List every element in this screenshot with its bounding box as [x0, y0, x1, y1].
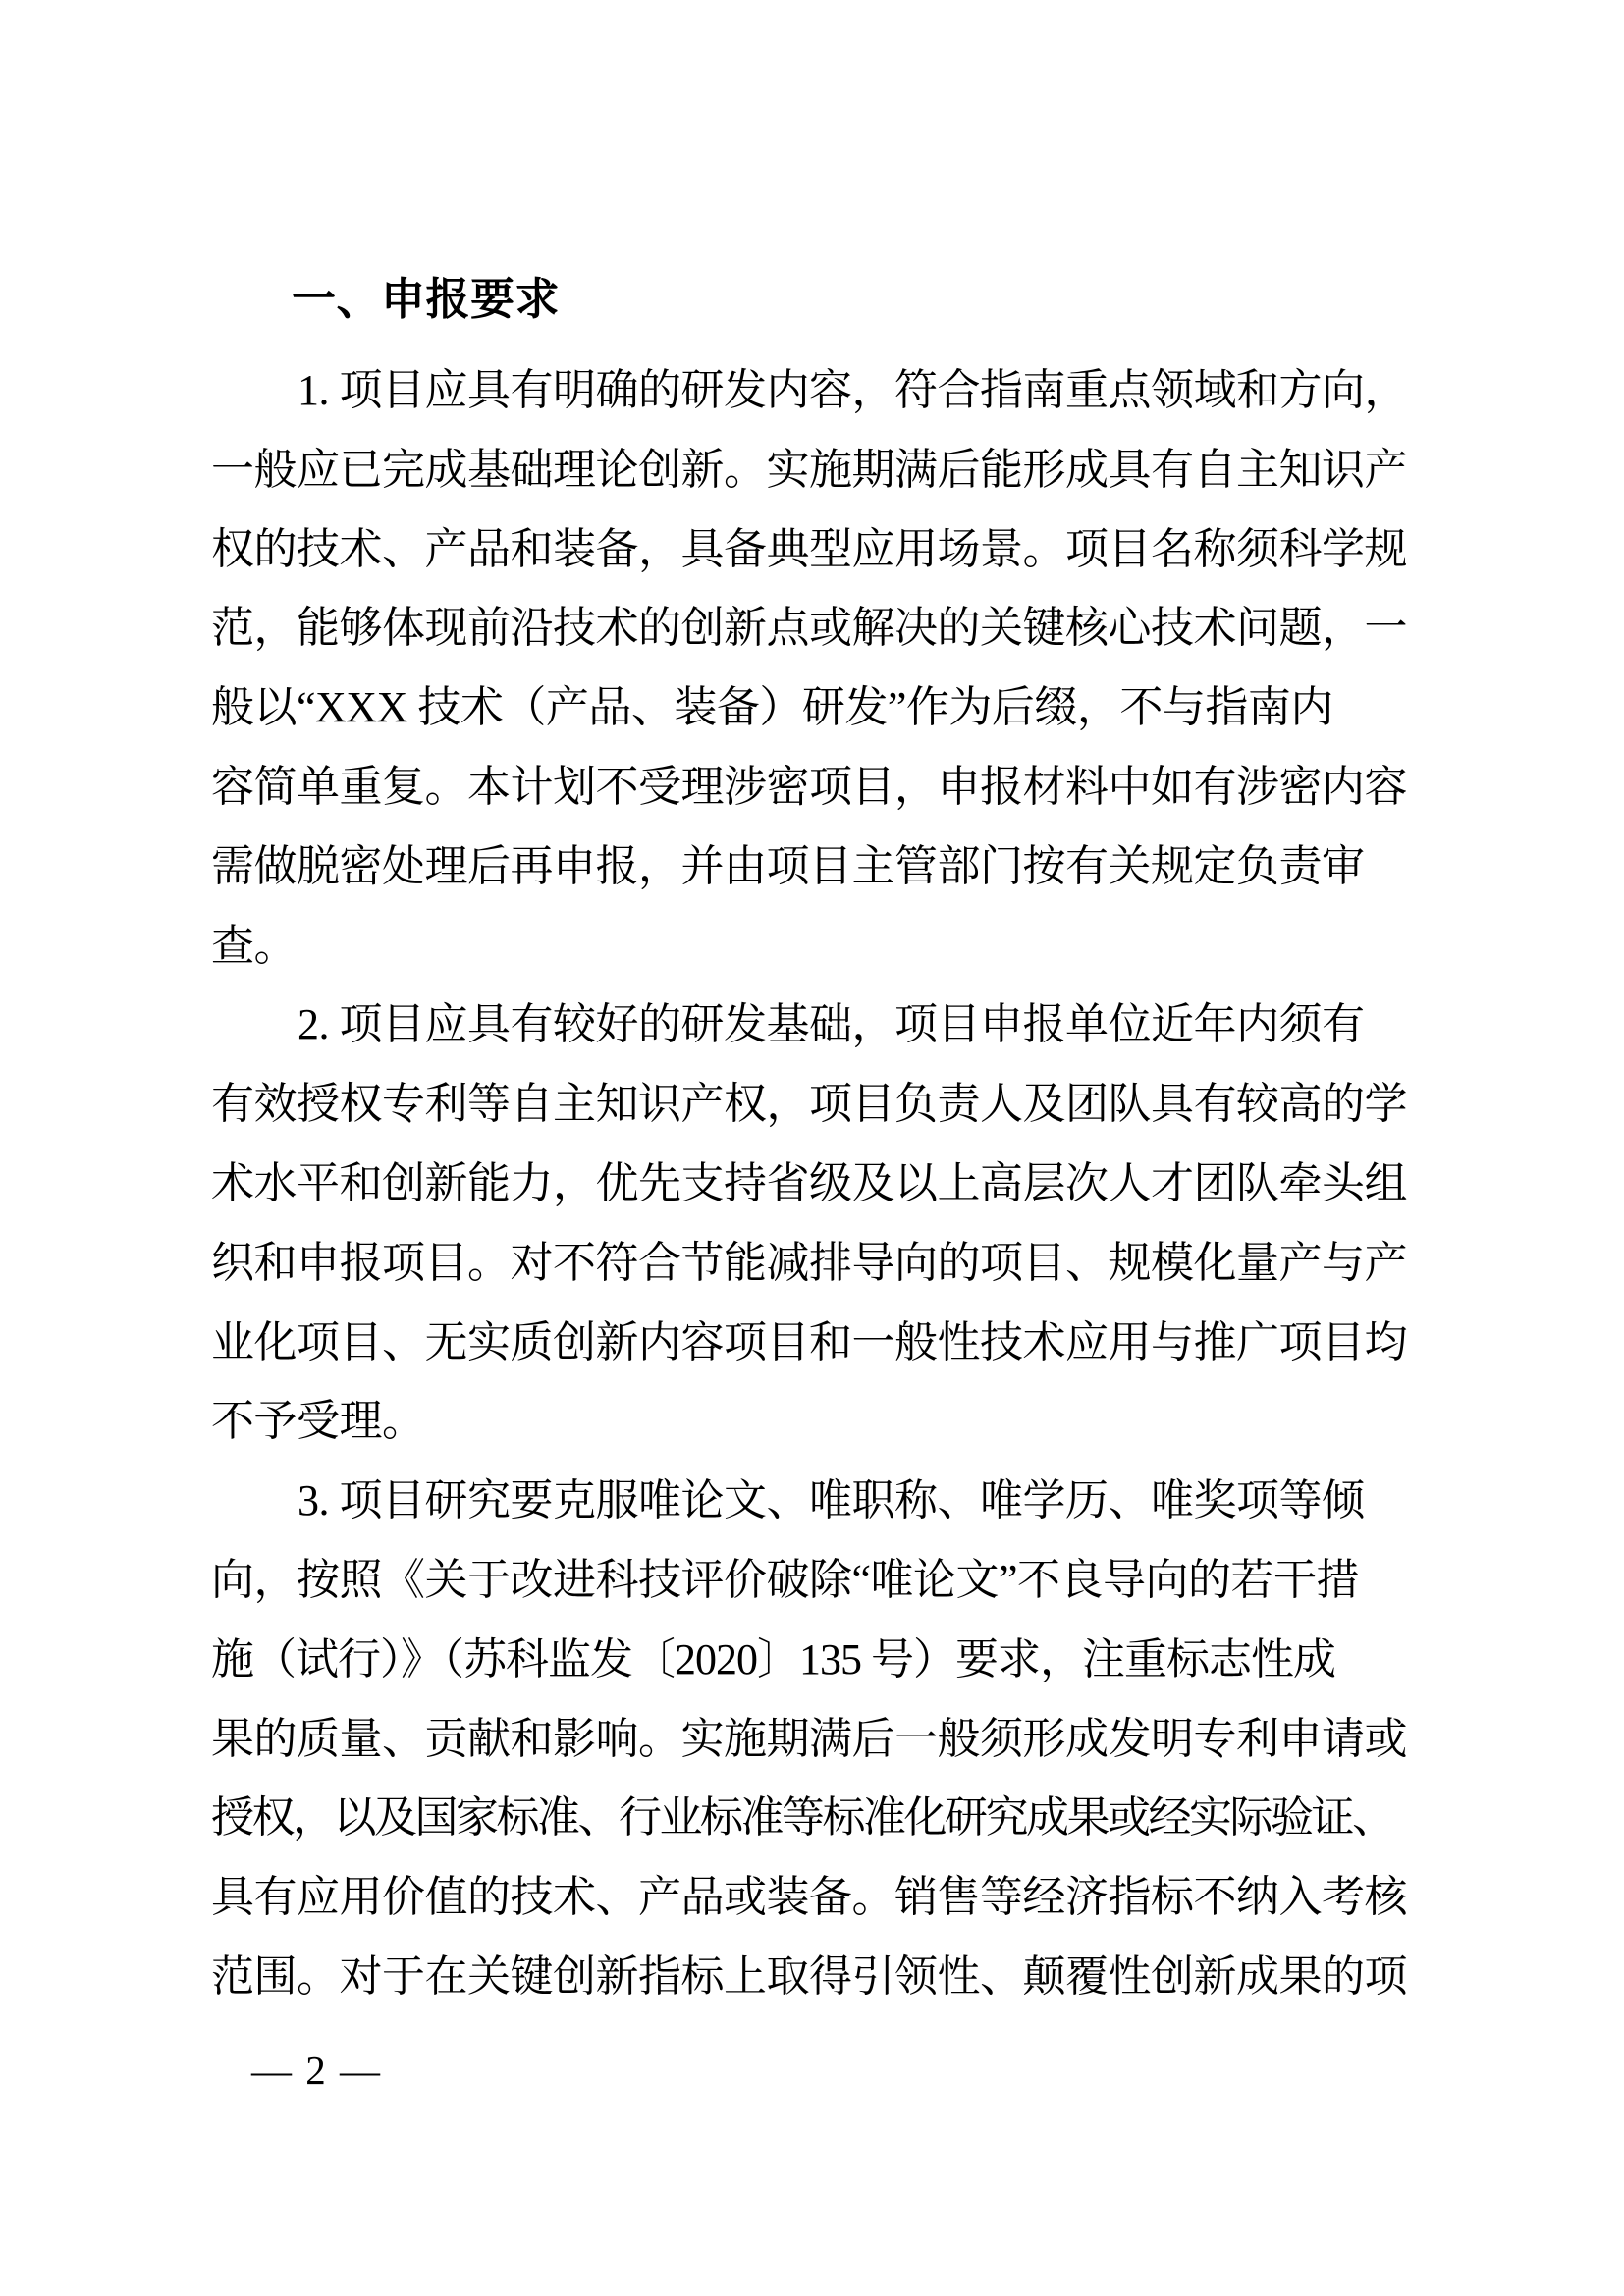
section-heading: 一、申报要求: [292, 276, 560, 323]
body-line: 权的技术、产品和装备，具备典型应用场景。项目名称须科学规: [211, 525, 1414, 605]
body-line: 织和申报项目。对不符合节能减排导向的项目、规模化量产与产: [211, 1239, 1414, 1318]
body-line: 需做脱密处理后再申报，并由项目主管部门按有关规定负责审: [211, 842, 1414, 922]
body-line: 具有应用价值的技术、产品或装备。销售等经济指标不纳入考核: [211, 1873, 1414, 1952]
body-line: 范围。对于在关键创新指标上取得引领性、颠覆性创新成果的项: [211, 1952, 1414, 2032]
body-line: 查。: [211, 922, 1414, 1001]
body-line: 2. 项目应具有较好的研发基础，项目申报单位近年内须有: [211, 1000, 1414, 1080]
body-line: 有效授权专利等自主知识产权，项目负责人及团队具有较高的学: [211, 1080, 1414, 1159]
body-text-block: 1. 项目应具有明确的研发内容，符合指南重点领域和方向， 一般应已完成基础理论创…: [211, 366, 1414, 2032]
document-page: 一、申报要求 1. 项目应具有明确的研发内容，符合指南重点领域和方向， 一般应已…: [0, 0, 1624, 2296]
body-line: 3. 项目研究要克服唯论文、唯职称、唯学历、唯奖项等倾: [211, 1476, 1414, 1556]
body-line: 般以“XXX 技术（产品、装备）研发”作为后缀，不与指南内: [211, 683, 1414, 763]
body-line: 范，能够体现前沿技术的创新点或解决的关键核心技术问题，一: [211, 604, 1414, 683]
body-line: 业化项目、无实质创新内容项目和一般性技术应用与推广项目均: [211, 1318, 1414, 1398]
body-line: 1. 项目应具有明确的研发内容，符合指南重点领域和方向，: [211, 366, 1414, 446]
page-number: — 2 —: [251, 2048, 382, 2093]
body-line: 术水平和创新能力，优先支持省级及以上高层次人才团队牵头组: [211, 1159, 1414, 1239]
body-line: 一般应已完成基础理论创新。实施期满后能形成具有自主知识产: [211, 446, 1414, 525]
body-line: 施（试行）》（苏科监发〔2020〕135 号）要求，注重标志性成: [211, 1635, 1414, 1715]
body-line: 不予受理。: [211, 1397, 1414, 1476]
body-line: 授权，以及国家标准、行业标准等标准化研究成果或经实际验证、: [211, 1793, 1414, 1873]
body-line: 向，按照《关于改进科技评价破除“唯论文”不良导向的若干措: [211, 1556, 1414, 1635]
body-line: 果的质量、贡献和影响。实施期满后一般须形成发明专利申请或: [211, 1715, 1414, 1794]
body-line: 容简单重复。本计划不受理涉密项目，申报材料中如有涉密内容: [211, 763, 1414, 842]
